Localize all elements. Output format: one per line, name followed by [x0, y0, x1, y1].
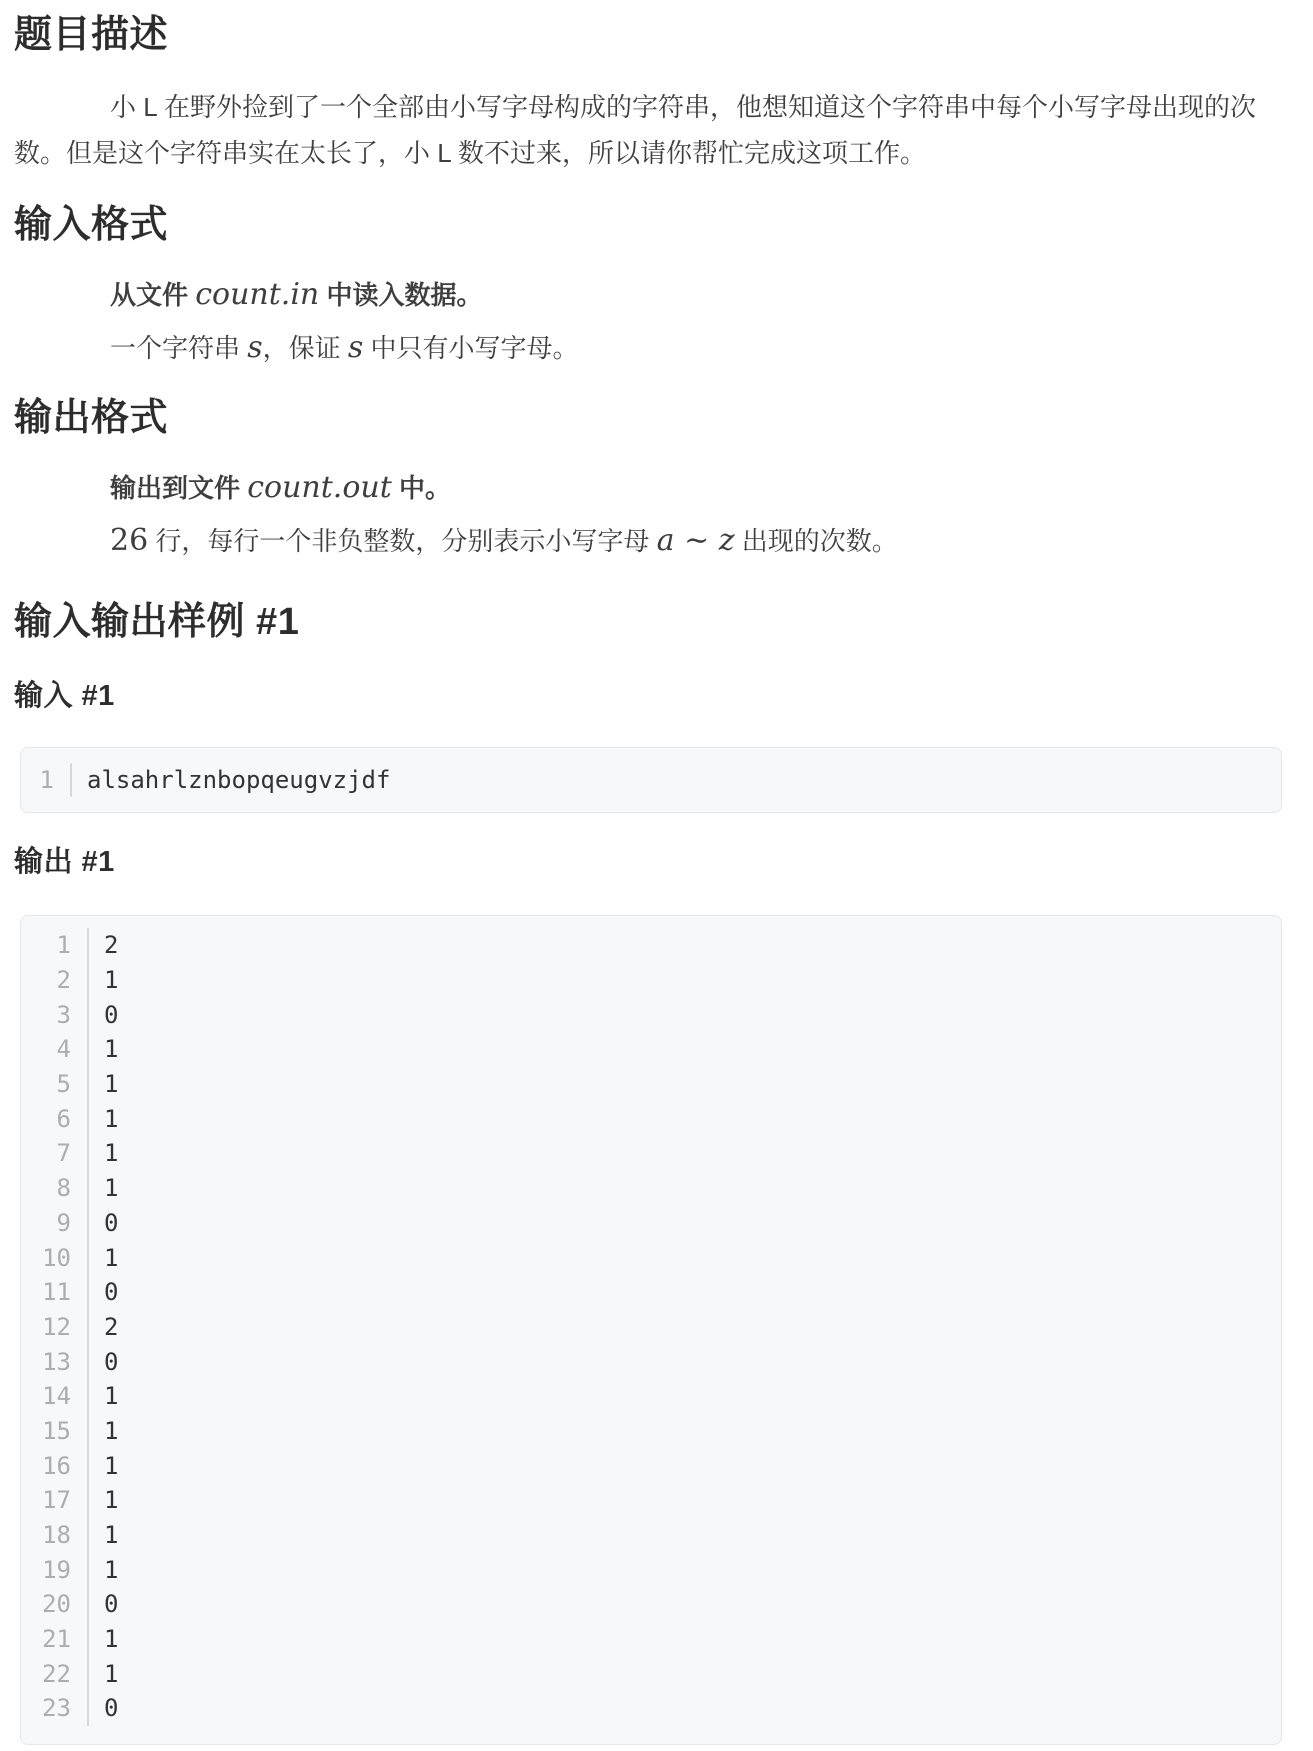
description-paragraph: 小 L 在野外捡到了一个全部由小写字母构成的字符串，他想知道这个字符串中每个小写… [14, 84, 1299, 176]
code-line: 17 1 [21, 1483, 1281, 1518]
line-content: 0 [89, 1694, 118, 1722]
output-file-text-trail: 中。 [392, 473, 451, 503]
code-line: 22 1 [21, 1656, 1281, 1691]
line-content: 0 [89, 1209, 118, 1237]
code-line: 19 1 [21, 1552, 1281, 1587]
output-file-text-lead: 输出到文件 [110, 473, 247, 503]
line-content: 1 [89, 1556, 118, 1584]
line-number: 2 [21, 963, 89, 998]
line-number: 18 [21, 1518, 89, 1553]
output-desc-math-26: 26 [110, 523, 148, 558]
code-line: 7 1 [21, 1136, 1281, 1171]
code-line: 9 0 [21, 1206, 1281, 1241]
line-number: 11 [21, 1275, 89, 1310]
code-line: 2 1 [21, 963, 1281, 998]
line-number: 22 [21, 1656, 89, 1691]
code-line: 1 2 [21, 928, 1281, 963]
code-line: 4 1 [21, 1032, 1281, 1067]
line-content: 1 [89, 1521, 118, 1549]
code-line: 1 alsahrlznbopqeugvzjdf [21, 763, 1281, 797]
sample-input-lines: 1 alsahrlznbopqeugvzjdf [21, 763, 1281, 797]
line-number: 14 [21, 1379, 89, 1414]
input-file-math: count.in [195, 277, 319, 312]
line-content: 2 [89, 1313, 118, 1341]
problem-statement-page: 题目描述 小 L 在野外捡到了一个全部由小写字母构成的字符串，他想知道这个字符串… [0, 12, 1313, 1745]
output-desc-math-a: a [657, 523, 675, 558]
line-content: 1 [89, 1382, 118, 1410]
line-content: 0 [89, 1001, 118, 1029]
section-heading-samples: 输入输出样例 #1 [14, 599, 1299, 645]
line-content: 0 [89, 1348, 118, 1376]
line-number: 21 [21, 1622, 89, 1657]
subheading-sample-input-1: 输入 #1 [14, 677, 1299, 715]
line-content: 1 [89, 1660, 118, 1688]
line-number: 1 [21, 763, 72, 797]
code-line: 11 0 [21, 1275, 1281, 1310]
line-number: 7 [21, 1136, 89, 1171]
line-number: 13 [21, 1344, 89, 1379]
line-content: 1 [89, 1139, 118, 1167]
line-content: 1 [89, 1244, 118, 1272]
line-number: 3 [21, 997, 89, 1032]
input-desc-math-s1: s [247, 330, 262, 365]
line-number: 6 [21, 1101, 89, 1136]
code-line: 10 1 [21, 1240, 1281, 1275]
line-content: 2 [89, 931, 118, 959]
line-number: 20 [21, 1587, 89, 1622]
output-desc-math-z: z [719, 523, 735, 558]
line-number: 12 [21, 1310, 89, 1345]
line-content: 1 [89, 966, 118, 994]
line-content: 1 [89, 1417, 118, 1445]
subheading-sample-output-1: 输出 #1 [14, 843, 1299, 881]
output-file-paragraph: 输出到文件 count.out 中。 [14, 465, 1299, 511]
line-number: 8 [21, 1171, 89, 1206]
input-desc-text-1: 一个字符串 [110, 333, 247, 363]
line-content: alsahrlznbopqeugvzjdf [72, 766, 390, 794]
code-line: 8 1 [21, 1171, 1281, 1206]
line-number: 1 [21, 928, 89, 963]
code-line: 20 0 [21, 1587, 1281, 1622]
line-content: 1 [89, 1070, 118, 1098]
line-content: 1 [89, 1486, 118, 1514]
output-desc-math-tilde: ∼ [675, 523, 719, 558]
section-heading-output-format: 输出格式 [14, 395, 1299, 441]
line-number: 19 [21, 1552, 89, 1587]
line-number: 17 [21, 1483, 89, 1518]
code-line: 16 1 [21, 1448, 1281, 1483]
line-number: 16 [21, 1448, 89, 1483]
sample-input-codeblock[interactable]: 1 alsahrlznbopqeugvzjdf [20, 747, 1282, 813]
line-number: 15 [21, 1414, 89, 1449]
line-number: 9 [21, 1206, 89, 1241]
code-line: 14 1 [21, 1379, 1281, 1414]
input-desc-paragraph: 一个字符串 s，保证 s 中只有小写字母。 [14, 325, 1299, 371]
code-line: 5 1 [21, 1067, 1281, 1102]
section-heading-description: 题目描述 [14, 12, 1299, 58]
line-number: 10 [21, 1240, 89, 1275]
output-desc-text-1: 行，每行一个非负整数，分别表示小写字母 [148, 526, 656, 556]
section-heading-input-format: 输入格式 [14, 202, 1299, 248]
input-file-text-lead: 从文件 [110, 280, 195, 310]
line-number: 5 [21, 1067, 89, 1102]
line-content: 1 [89, 1105, 118, 1133]
output-file-math: count.out [247, 470, 392, 505]
sample-output-codeblock[interactable]: 1 2 2 1 3 0 4 1 5 [20, 915, 1282, 1745]
line-content: 1 [89, 1452, 118, 1480]
code-line: 21 1 [21, 1622, 1281, 1657]
line-content: 1 [89, 1174, 118, 1202]
line-content: 0 [89, 1278, 118, 1306]
code-line: 15 1 [21, 1414, 1281, 1449]
code-line: 12 2 [21, 1310, 1281, 1345]
input-file-text-trail: 中读入数据。 [319, 280, 482, 310]
line-number: 4 [21, 1032, 89, 1067]
input-desc-text-3: 中只有小写字母。 [363, 333, 578, 363]
input-file-paragraph: 从文件 count.in 中读入数据。 [14, 272, 1299, 318]
code-line: 13 0 [21, 1344, 1281, 1379]
line-content: 1 [89, 1625, 118, 1653]
input-desc-text-2: ，保证 [263, 333, 348, 363]
code-line: 23 0 [21, 1691, 1281, 1726]
output-desc-paragraph: 26 行，每行一个非负整数，分别表示小写字母 a ∼ z 出现的次数。 [14, 518, 1299, 564]
line-number: 23 [21, 1691, 89, 1726]
output-desc-text-2: 出现的次数。 [735, 526, 898, 556]
code-line: 3 0 [21, 997, 1281, 1032]
code-line: 6 1 [21, 1101, 1281, 1136]
line-content: 0 [89, 1590, 118, 1618]
code-line: 18 1 [21, 1518, 1281, 1553]
input-desc-math-s2: s [348, 330, 363, 365]
line-content: 1 [89, 1035, 118, 1063]
sample-output-lines: 1 2 2 1 3 0 4 1 5 [21, 928, 1281, 1726]
